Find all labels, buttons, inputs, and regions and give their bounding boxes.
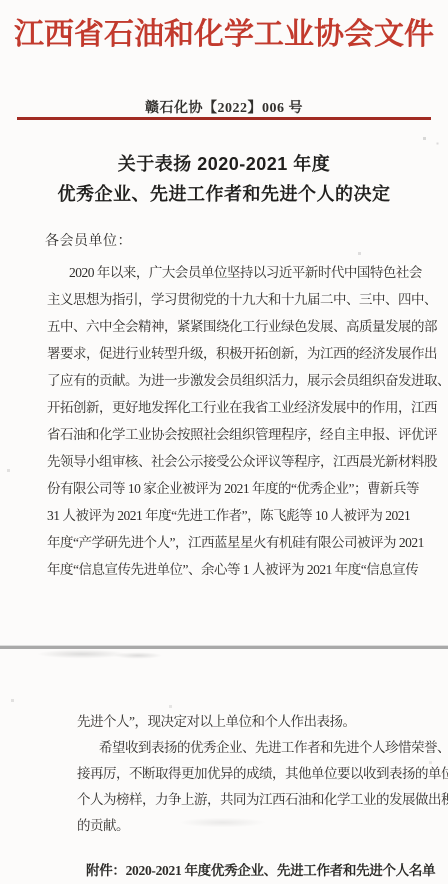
body-line: 了应有的贡献。为进一步激发会员组织活力，展示会员组织奋发进取、 (47, 367, 407, 394)
attachment-note: 附件：2020-2021 年度优秀企业、先进工作者和先进个人名单 (86, 859, 435, 879)
page1-body: 2020 年以来，广大会员单位坚持以习近平新时代中国特色社会 主义思想为指引，学… (47, 259, 407, 583)
body-line: 份有限公司等 10 家企业被评为 2021 年度的“优秀企业”；曹新兵等 (47, 475, 407, 502)
letterhead-org-title: 江西省石油和化学工业协会文件 (0, 15, 448, 55)
body-line: 个人为榜样，力争上游，共同为江西石油和化学工业的发展做出积极 (77, 787, 417, 813)
scan-specks (0, 0, 1, 1)
body-line: 主义思想为指引，学习贯彻党的十九大和十九届二中、三中、四中、 (47, 286, 407, 313)
body-line: 署要求，促进行业转型升级，积极开拓创新，为江西的经济发展作出 (47, 340, 407, 367)
body-line: 开拓创新，更好地发挥化工行业在我省工业经济发展中的作用，江西 (47, 394, 407, 421)
scan-smudge (106, 651, 170, 660)
letterhead-red-rule (17, 117, 431, 120)
salutation: 各会员单位： (45, 233, 132, 251)
body-line: 先进个人”，现决定对以上单位和个人作出表扬。 (77, 709, 417, 735)
document-title-line-2: 优秀企业、先进工作者和先进个人的决定 (0, 179, 448, 209)
document-number: 赣石化协【2022】006 号 (0, 97, 448, 117)
body-line: 五中、六中全会精神，紧紧围绕化工行业绿色发展、高质量发展的部 (47, 313, 407, 340)
body-line: 31 人被评为 2021 年度“先进工作者”，陈飞彪等 10 人被评为 2021 (47, 502, 407, 529)
document-title-line-1: 关于表扬 2020-2021 年度 (0, 149, 448, 179)
body-line: 先领导小组审核、社会公示接受公众评议等程序，江西晨光新材料股 (47, 448, 407, 475)
body-line: 年度“产学研先进个人”，江西蓝星星火有机硅有限公司被评为 2021 (47, 529, 407, 556)
document-title: 关于表扬 2020-2021 年度 优秀企业、先进工作者和先进个人的决定 (0, 149, 448, 209)
body-line: 2020 年以来，广大会员单位坚持以习近平新时代中国特色社会 (47, 259, 407, 286)
scanned-document: 江西省石油和化学工业协会文件 赣石化协【2022】006 号 关于表扬 2020… (0, 0, 448, 884)
body-line: 年度“信息宣传先进单位”、余心等 1 人被评为 2021 年度“信息宣传 (47, 556, 407, 583)
body-line: 接再厉，不断取得更加优异的成绩，其他单位要以收到表扬的单位和 (77, 761, 417, 787)
body-line: 希望收到表扬的优秀企业、先进工作者和先进个人珍惜荣誉、再 (77, 735, 417, 761)
page2-body: 先进个人”，现决定对以上单位和个人作出表扬。 希望收到表扬的优秀企业、先进工作者… (77, 709, 417, 839)
body-line: 省石油和化学工业协会按照社会组织管理程序，经自主申报、评优评 (47, 421, 407, 448)
body-line: 的贡献。 (77, 813, 417, 839)
